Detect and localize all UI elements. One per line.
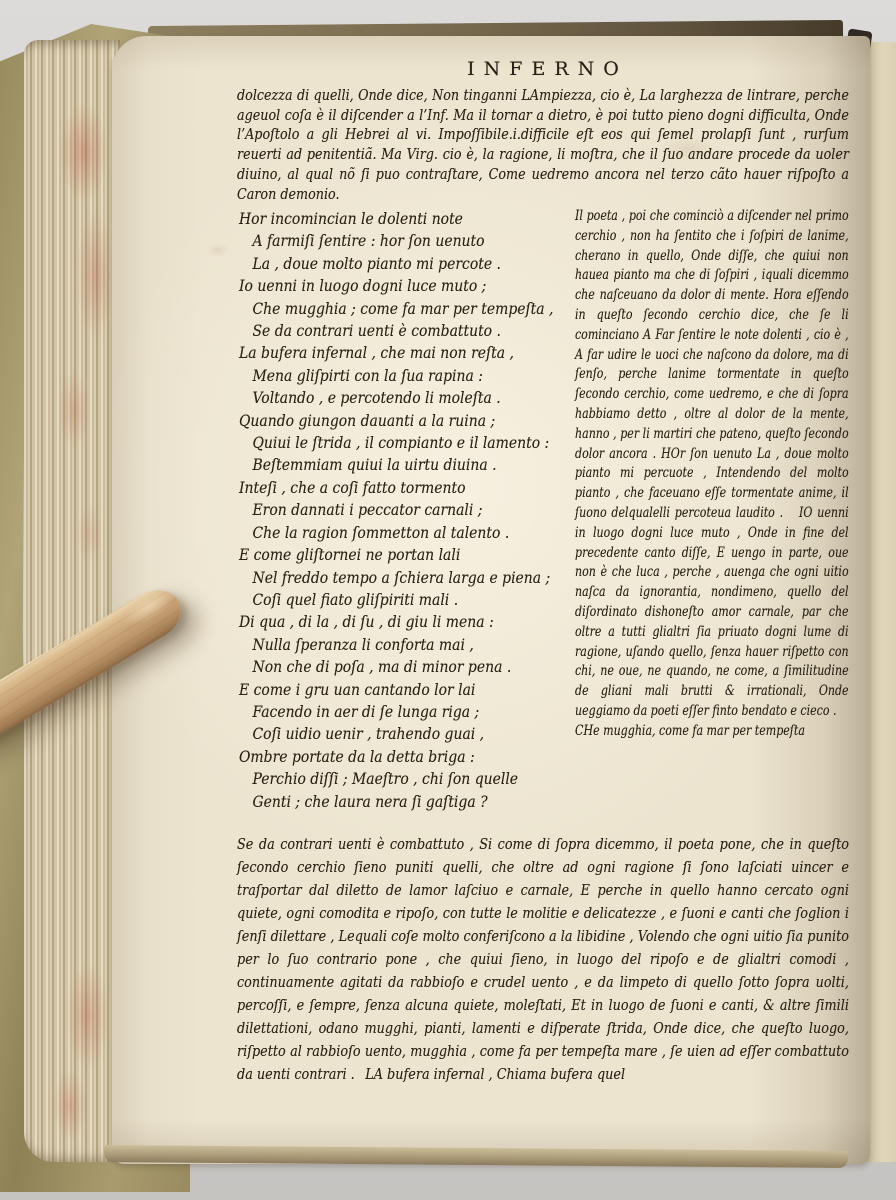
photo-background: { "photo": { "background_color": "#d6d4d… <box>0 0 896 1200</box>
commentary-lemma-line: CHe mugghia, come fa mar per tempeſta <box>575 722 849 742</box>
tercet: Inteſi , che a coſi fatto tormento Eron … <box>239 477 574 544</box>
verse-line: E come gliſtornei ne portan lali <box>239 544 574 566</box>
verse-line: Voltando , e percotendo li moleſta . <box>239 387 574 409</box>
verse-line: Perchio diſſi ; Maeſtro , chi ſon quelle <box>239 768 574 790</box>
verse-line: Coſi quel fiato gliſpiriti mali . <box>239 589 574 611</box>
verse-line: Quiui le ſtrida , il compianto e il lame… <box>239 432 574 454</box>
tercet: La bufera infernal , che mai non reſta ,… <box>239 342 574 409</box>
text-block: INFERNO dolcezza di quelli, Onde dice, N… <box>237 58 849 80</box>
verse-line: Se da contrari uenti è combattuto . <box>239 320 574 342</box>
verse-line: E come i gru uan cantando lor lai <box>239 679 574 701</box>
verse-line: Genti ; che laura nera ſi gaſtiga ? <box>239 791 574 813</box>
verse-line: Nulla ſperanza li conforta mai , <box>239 634 574 656</box>
verse-line: Ombre portate da la detta briga : <box>239 746 574 768</box>
tercet: Quando giungon dauanti a la ruina ; Quiu… <box>239 410 574 477</box>
verse-line: Coſi uidio uenir , trahendo guai , <box>239 723 574 745</box>
commentary-column: Il poeta , poi che cominciò a diſcender … <box>575 207 849 742</box>
tercet: E come gliſtornei ne portan lali Nel fre… <box>239 544 574 611</box>
fore-edge <box>24 40 120 1162</box>
commentary-paragraph: Il poeta , poi che cominciò a diſcender … <box>575 207 849 722</box>
verse-line: Mena gliſpirti con la ſua rapina : <box>239 365 574 387</box>
tercet: Di qua , di la , di ſu , di giu li mena … <box>239 611 574 678</box>
verse-line: La , doue molto pianto mi percote . <box>239 253 574 275</box>
verse-line: La bufera infernal , che mai non reſta , <box>239 342 574 364</box>
verse-line: Che la ragion ſommetton al talento . <box>239 522 574 544</box>
tercet: Ombre portate da la detta briga : Perchi… <box>239 746 574 813</box>
verse-line: Hor incomincian le dolenti note <box>239 208 574 230</box>
verse-line: Nel freddo tempo a ſchiera larga e piena… <box>239 567 574 589</box>
verse-line: Io uenni in luogo dogni luce muto ; <box>239 275 574 297</box>
verse-line: A farmiſi ſentire : hor ſon uenuto <box>239 230 574 252</box>
verse-line: Inteſi , che a coſi fatto tormento <box>239 477 574 499</box>
verse-line: Beſtemmiam quiui la uirtu diuina . <box>239 454 574 476</box>
tercet: Io uenni in luogo dogni luce muto ; Che … <box>239 275 574 342</box>
poem-column: Hor incomincian le dolenti note A farmiſ… <box>239 208 574 813</box>
verse-line: Che mugghia ; come fa mar per tempeſta , <box>239 298 574 320</box>
tercet: E come i gru uan cantando lor lai Facend… <box>239 679 574 746</box>
verse-line: Non che di poſa , ma di minor pena . <box>239 656 574 678</box>
running-title: INFERNO <box>237 58 849 80</box>
argument-paragraph: dolcezza di quelli, Onde dice, Non tinga… <box>237 87 849 205</box>
tercet: Hor incomincian le dolenti note A farmiſ… <box>239 208 574 275</box>
verse-line: Quando giungon dauanti a la ruina ; <box>239 410 574 432</box>
bottom-commentary-paragraph: Se da contrari uenti è combattuto , Si c… <box>237 833 849 1086</box>
verse-line: Eron dannati i peccator carnali ; <box>239 499 574 521</box>
verse-line: Di qua , di la , di ſu , di giu li mena … <box>239 611 574 633</box>
verse-line: Facendo in aer di ſe lunga riga ; <box>239 701 574 723</box>
